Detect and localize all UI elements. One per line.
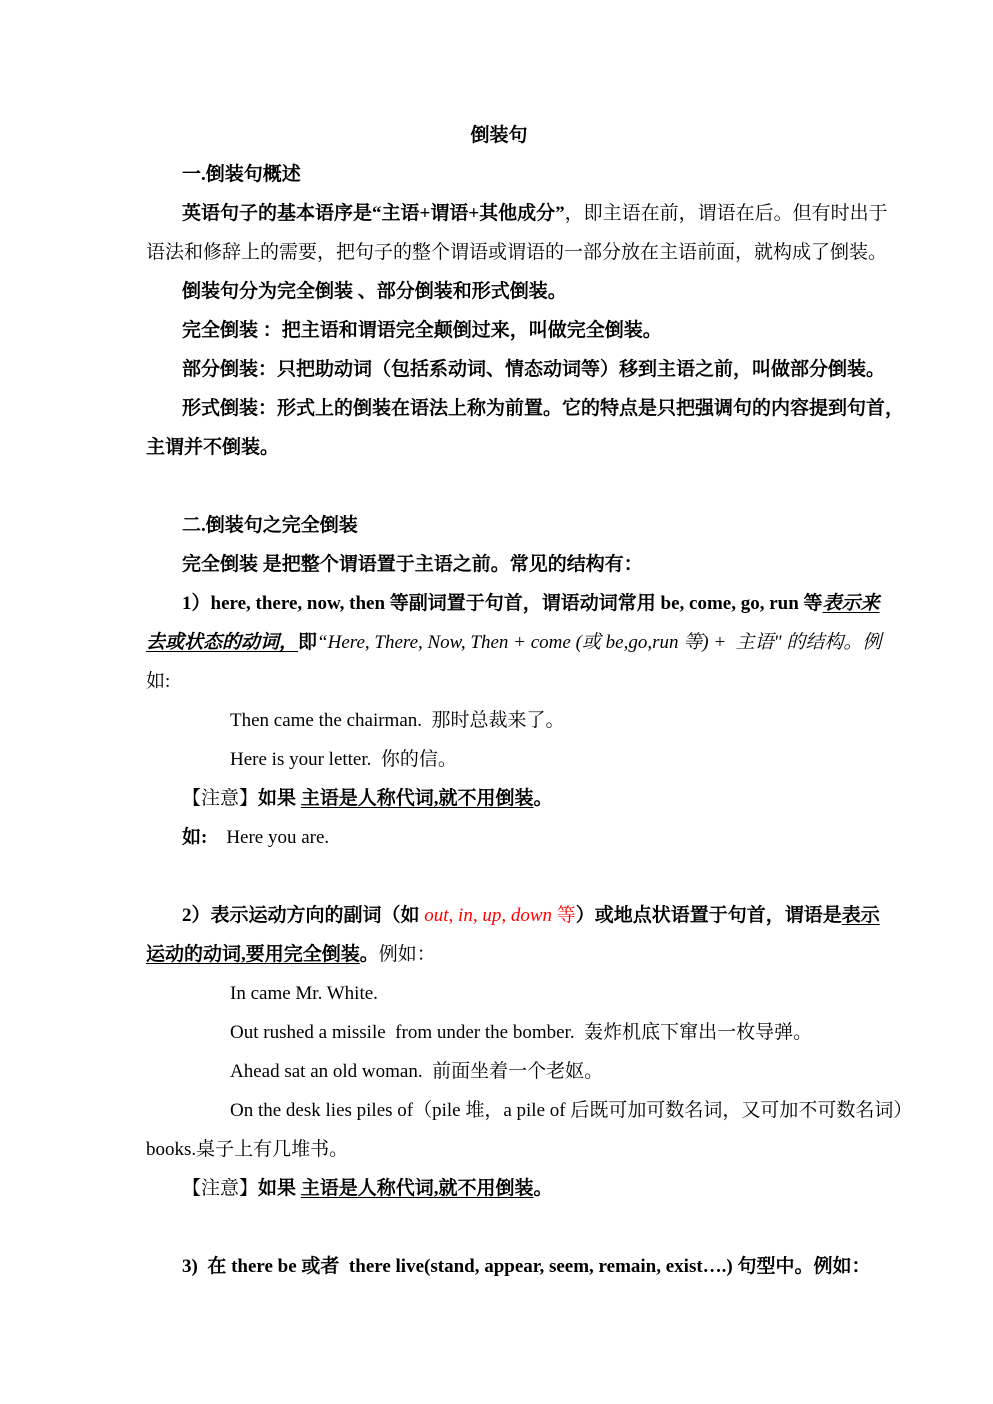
blank-line [146, 467, 852, 506]
text-line: 完全倒装 是把整个谓语置于主语之前。常见的结构有： [146, 545, 852, 584]
text-run: ，即主语在前，谓语在后。但有时出于 [565, 203, 888, 224]
text-run: 运动的动词,要用完全倒装 [146, 944, 360, 965]
text-run: 完全倒装 是把整个谓语置于主语之前。常见的结构有： [182, 554, 643, 575]
text-run: Out rushed a missile from under the bomb… [230, 1022, 812, 1043]
blank-line [146, 857, 852, 896]
text-run: 。 [534, 1178, 553, 1199]
text-line: 1）here, there, now, then 等副词置于句首，谓语动词常用 … [146, 584, 852, 623]
text-run: 去或状态的动词， [146, 632, 298, 653]
text-line: Out rushed a missile from under the bomb… [146, 1013, 852, 1052]
text-run: 形式倒装：形式上的倒装在语法上称为前置。它的特点是只把强调句的内容提到句首， [182, 398, 904, 419]
text-run: 主语是人称代词,就不用倒装 [301, 1178, 534, 1199]
text-line: In came Mr. White. [146, 974, 852, 1013]
text-line: books.桌子上有几堆书。 [146, 1130, 852, 1169]
text-run: 1）here, there, now, then 等副词置于句首，谓语动词常用 … [182, 593, 823, 614]
text-line: 如: [146, 662, 852, 701]
text-run: Here is your letter. 你的信。 [230, 749, 457, 770]
text-run: 一.倒装句概述 [182, 164, 301, 185]
text-run: 。 [360, 944, 379, 965]
text-line: On the desk lies piles of（pile 堆，a pile … [146, 1091, 852, 1130]
text-line: 完全倒装 ：把主语和谓语完全颠倒过来，叫做完全倒装。 [146, 311, 852, 350]
text-line: 主谓并不倒装。 [146, 428, 852, 467]
text-line: 一.倒装句概述 [146, 155, 852, 194]
document-title: 倒装句 [146, 116, 852, 155]
text-run: 2）表示运动方向的副词（如 [182, 905, 424, 926]
document-page: 倒装句一.倒装句概述英语句子的基本语序是“主语+谓语+其他成分”，即主语在前，谓… [0, 0, 993, 1404]
text-run: out, in, up, down [424, 905, 556, 926]
text-line: 去或状态的动词，即“Here, There, Now, Then + come … [146, 623, 852, 662]
text-run: 即 [298, 632, 317, 653]
text-run: 二.倒装句之完全倒装 [182, 515, 358, 536]
text-run: “Here, There, Now, Then + come (或 be,go,… [317, 632, 881, 653]
text-line: 运动的动词,要用完全倒装。例如： [146, 935, 852, 974]
text-run: 如果 [258, 1178, 301, 1199]
text-run: In came Mr. White. [230, 983, 378, 1004]
text-line: Here is your letter. 你的信。 [146, 740, 852, 779]
text-run: 如果 [258, 788, 301, 809]
text-run: 完全倒装 ：把主语和谓语完全颠倒过来，叫做完全倒装。 [182, 320, 662, 341]
text-run: 表示 [842, 905, 880, 926]
text-run: Here you are. [207, 827, 329, 848]
text-run: 部分倒装：只把助动词（包括系动词、情态动词等）移到主语之前，叫做部分倒装。 [182, 359, 885, 380]
text-run: 【注意】 [182, 788, 258, 809]
text-run: 倒装句分为完全倒装 、部分倒装和形式倒装。 [182, 281, 567, 302]
text-run: Then came the chairman. 那时总裁来了。 [230, 710, 565, 731]
text-run: books.桌子上有几堆书。 [146, 1139, 348, 1160]
text-line: Then came the chairman. 那时总裁来了。 [146, 701, 852, 740]
text-run: 语法和修辞上的需要，把句子的整个谓语或谓语的一部分放在主语前面，就构成了倒装。 [146, 242, 887, 263]
text-run: 【注意】 [182, 1178, 258, 1199]
document-content: 倒装句一.倒装句概述英语句子的基本语序是“主语+谓语+其他成分”，即主语在前，谓… [146, 116, 852, 1286]
text-run: 如: [182, 827, 207, 848]
text-line: 3) 在 there be 或者 there live(stand, appea… [146, 1247, 852, 1286]
text-run: 。 [534, 788, 553, 809]
text-line: 形式倒装：形式上的倒装在语法上称为前置。它的特点是只把强调句的内容提到句首， [146, 389, 852, 428]
text-line: Ahead sat an old woman. 前面坐着一个老妪。 [146, 1052, 852, 1091]
text-line: 如: Here you are. [146, 818, 852, 857]
text-run: 英语句子的基本语序是“主语+谓语+其他成分” [182, 203, 565, 224]
text-line: 语法和修辞上的需要，把句子的整个谓语或谓语的一部分放在主语前面，就构成了倒装。 [146, 233, 852, 272]
text-run: ）或地点状语置于句首，谓语是 [576, 905, 842, 926]
text-run: 3) 在 there be 或者 there live(stand, appea… [182, 1256, 871, 1277]
blank-line [146, 1208, 852, 1247]
text-line: 2）表示运动方向的副词（如 out, in, up, down 等）或地点状语置… [146, 896, 852, 935]
text-run: 如: [146, 671, 170, 692]
text-run: 主语是人称代词,就不用倒装 [301, 788, 534, 809]
text-line: 【注意】如果 主语是人称代词,就不用倒装。 [146, 779, 852, 818]
text-line: 部分倒装：只把助动词（包括系动词、情态动词等）移到主语之前，叫做部分倒装。 [146, 350, 852, 389]
text-line: 英语句子的基本语序是“主语+谓语+其他成分”，即主语在前，谓语在后。但有时出于 [146, 194, 852, 233]
text-run: 例如： [379, 944, 436, 965]
text-run: Ahead sat an old woman. 前面坐着一个老妪。 [230, 1061, 603, 1082]
text-run: 倒装句 [470, 125, 527, 146]
text-run: On the desk lies piles of（pile 堆，a pile … [230, 1100, 912, 1121]
text-run: 主谓并不倒装。 [146, 437, 279, 458]
text-run: 等 [557, 905, 576, 926]
text-line: 【注意】如果 主语是人称代词,就不用倒装。 [146, 1169, 852, 1208]
text-line: 二.倒装句之完全倒装 [146, 506, 852, 545]
text-line: 倒装句分为完全倒装 、部分倒装和形式倒装。 [146, 272, 852, 311]
text-run: 表示来 [823, 593, 880, 614]
